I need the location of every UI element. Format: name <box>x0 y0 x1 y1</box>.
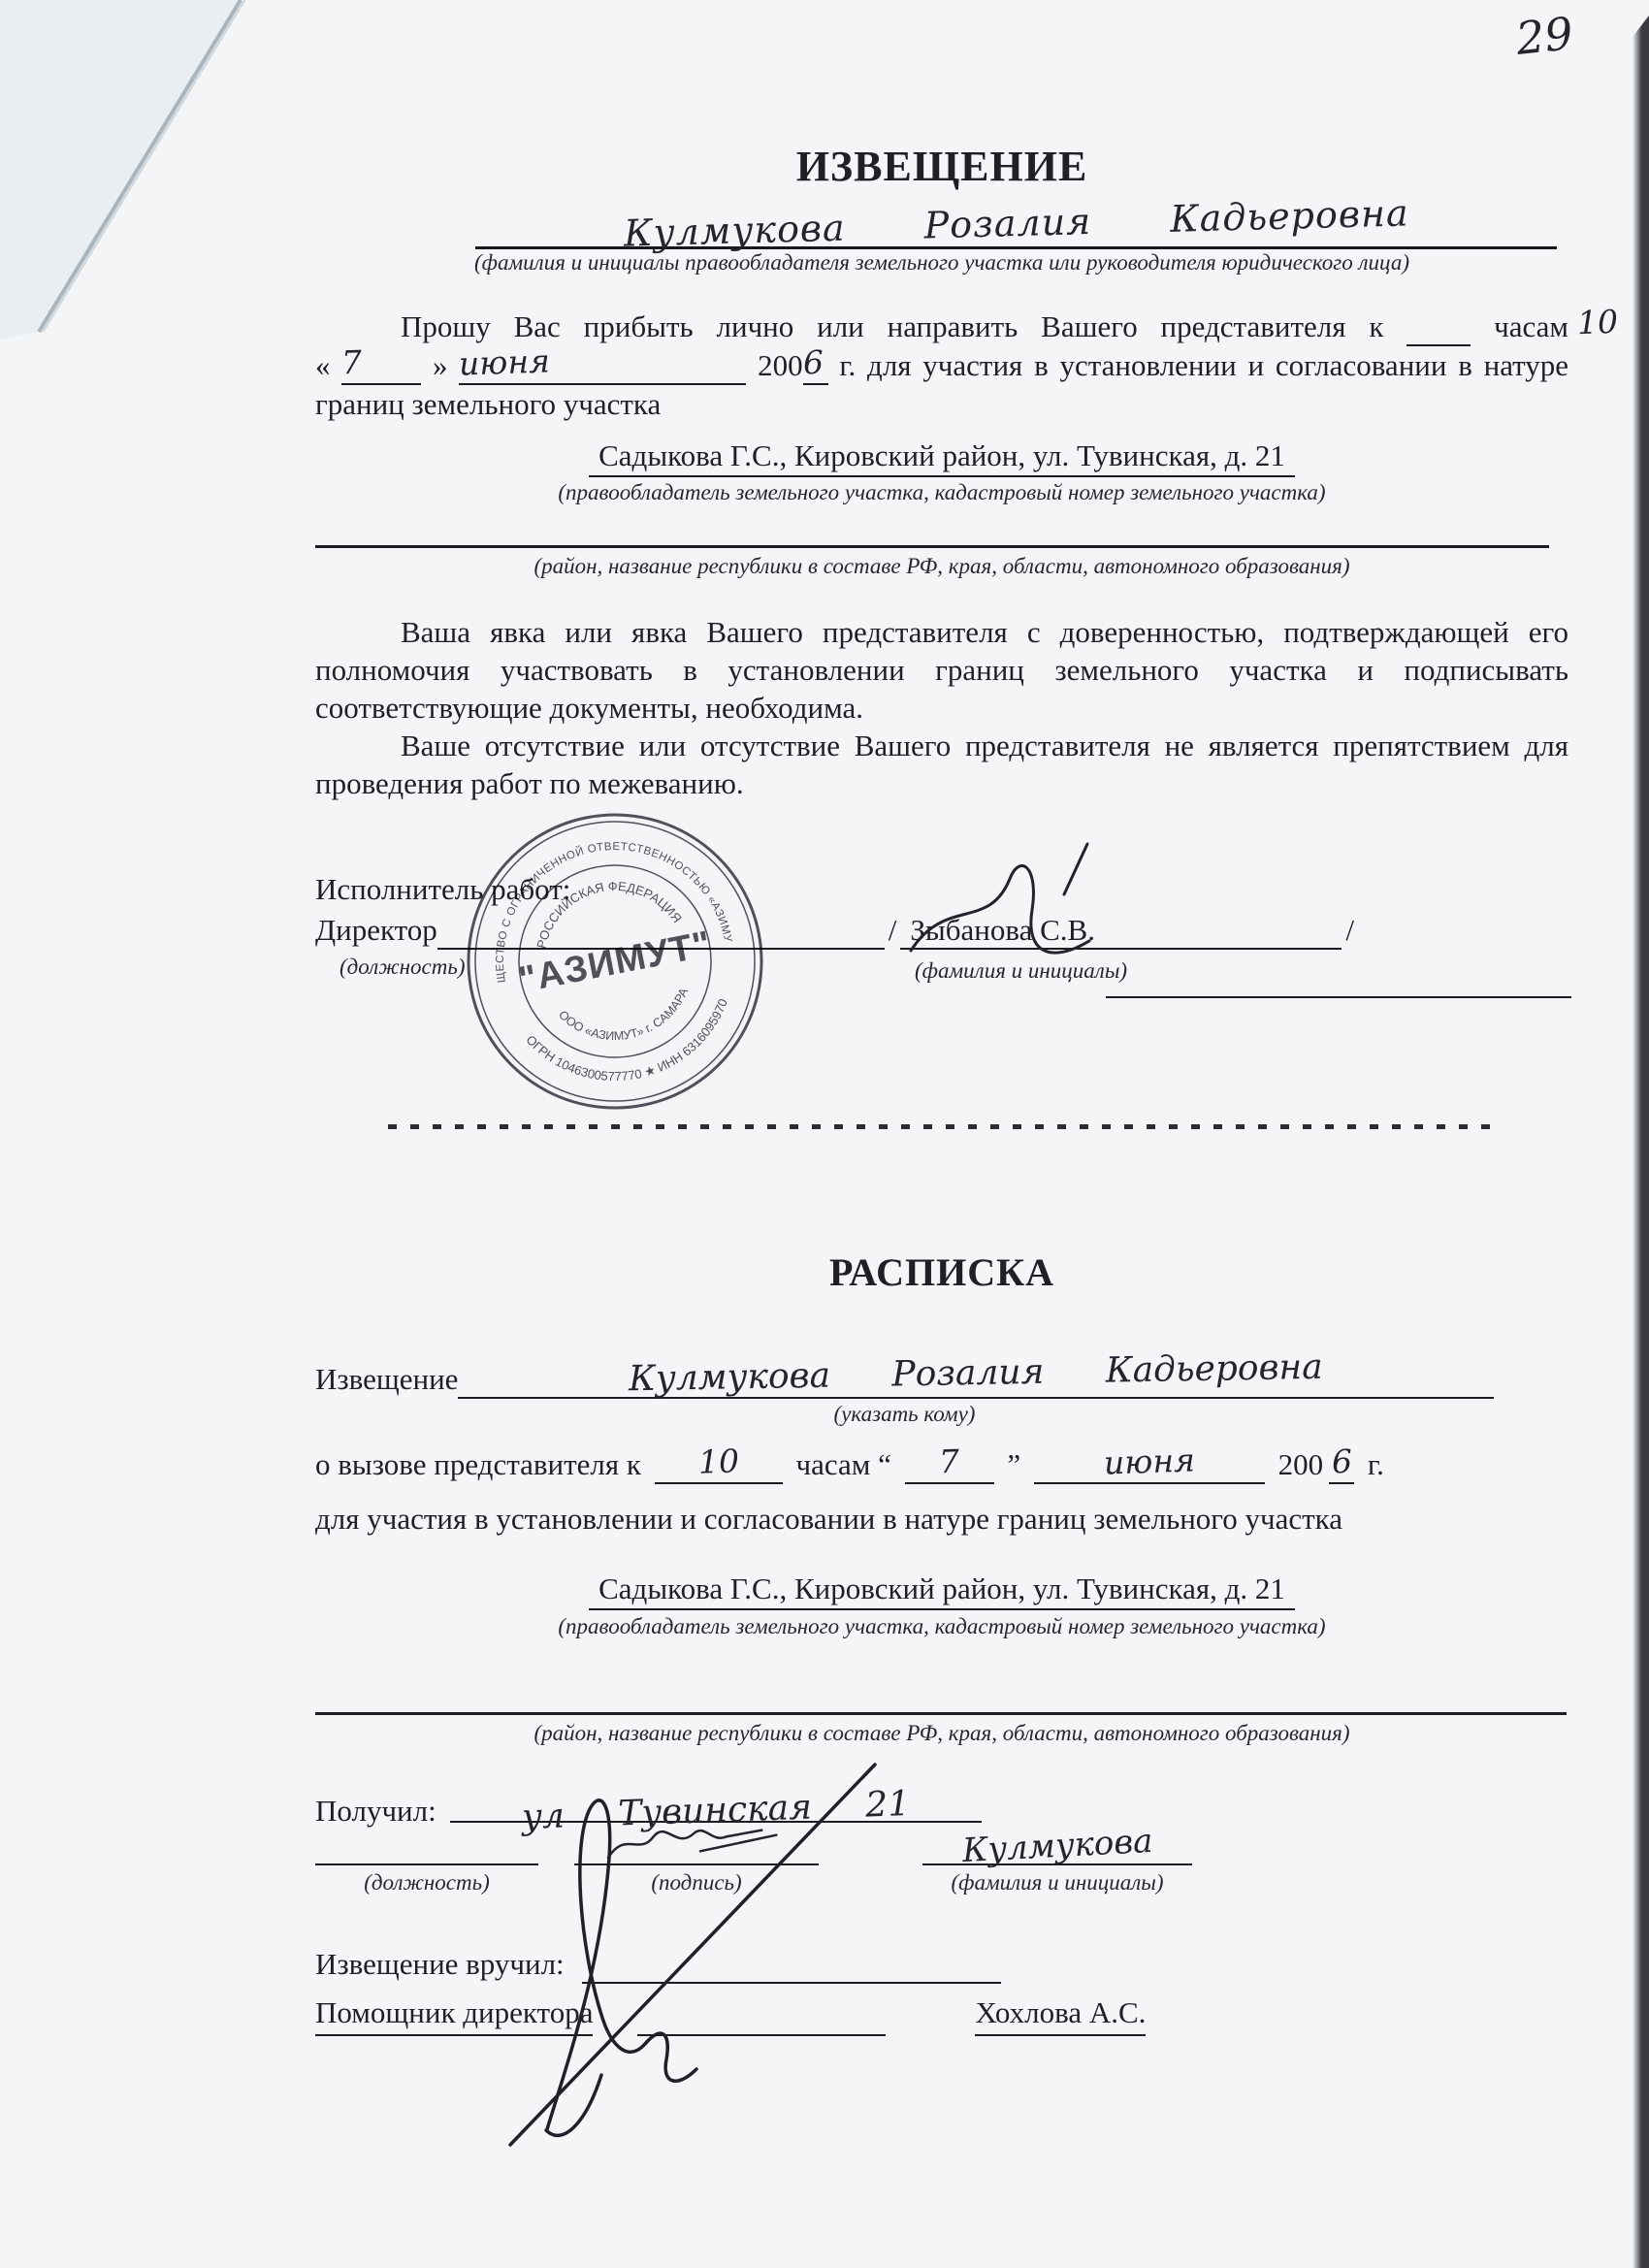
receipt-hours-blank: 10 <box>655 1447 783 1484</box>
receipt-hours-handwritten: 10 <box>697 1446 739 1476</box>
receipt-day-blank: 7 <box>905 1447 994 1484</box>
quote-open: « <box>315 348 331 382</box>
quote-close: » <box>433 348 448 382</box>
received-label: Получил: <box>315 1792 436 1831</box>
page-number: 29 <box>1514 7 1576 65</box>
recipient-name-caption: (фамилия и инициалы) <box>922 1869 1192 1896</box>
name-blank: Кулмукова <box>922 1834 1192 1865</box>
svg-text:ООО «АЗИМУТ» г. САМАРА: ООО «АЗИМУТ» г. САМАРА <box>555 984 698 1055</box>
hours-handwritten: 10 <box>1492 308 1619 341</box>
deliverer-name: Хохлова А.С. <box>975 1993 1146 2036</box>
scan-dark-edge <box>1633 16 1649 2268</box>
receipt-owner-line: Садыкова Г.С., Кировский район, ул. Туви… <box>315 1571 1568 1606</box>
hours-blank: 10 <box>1406 309 1471 346</box>
scanned-document-page: 29 ИЗВЕЩЕНИЕ Кулмукова Розалия Кадьеровн… <box>0 0 1649 2268</box>
deliverer-signature <box>454 1739 910 2156</box>
extra-blank-line <box>1106 996 1571 998</box>
receipt-quote-open: “ <box>878 1447 891 1481</box>
addressee-line: Кулмукова Розалия Кадьеровна <box>475 202 1557 249</box>
fold-shadow-area <box>0 0 241 340</box>
receipt-year-printed: 200 <box>1278 1447 1324 1481</box>
receipt-day-handwritten: 7 <box>939 1447 960 1477</box>
receipt-addressee-handwritten: Кулмукова Розалия Кадьеровна <box>629 1348 1323 1399</box>
director-signature <box>897 826 1120 991</box>
addressee-handwritten: Кулмукова Розалия Кадьеровна <box>623 191 1409 254</box>
receipt-title: РАСПИСКА <box>315 1251 1568 1294</box>
receipt-month-blank: июня <box>1034 1447 1265 1484</box>
day-blank: 7 <box>341 348 421 385</box>
stamp-ring-bottom-text: ОГРН 1046300577770 ★ ИНН 6316095970 <box>522 994 742 1101</box>
notice-label: Извещение <box>315 1360 458 1399</box>
year-digit-blank: 6 <box>803 348 828 385</box>
svg-text:ОГРН 1046300577770 ★ ИНН 63160: ОГРН 1046300577770 ★ ИНН 6316095970 <box>522 994 742 1101</box>
receipt-month-handwritten: июня <box>1103 1445 1195 1477</box>
slash-right: / <box>1342 911 1358 950</box>
receipt-addressee-caption: (указать кому) <box>315 1401 1494 1428</box>
month-handwritten: июня <box>459 346 551 378</box>
owner-text: Садыкова Г.С., Кировский район, ул. Туви… <box>589 438 1295 477</box>
azimut-round-stamp: ОБЩЕСТВО С ОГРАНИЧЕННОЙ ОТВЕТСТВЕННОСТЬЮ… <box>435 781 796 1143</box>
receipt-addressee-row: Извещение Кулмукова Розалия Кадьеровна <box>315 1354 1494 1399</box>
addressee-caption: (фамилия и инициалы правообладателя земе… <box>315 249 1568 276</box>
attendance-paragraph: Ваша явка или явка Вашего представителя … <box>315 613 1568 727</box>
receipt-year-digit-blank: 6 <box>1329 1447 1354 1484</box>
receipt-call-line2: для участия в установлении и согласовани… <box>315 1500 1568 1538</box>
receipt-quote-close: ” <box>1007 1447 1020 1481</box>
day-handwritten: 7 <box>341 348 363 378</box>
notice-date-line: « 7 » июня 2006 г. для участия в установ… <box>315 346 1568 385</box>
call-prefix: о вызове представителя к <box>315 1447 641 1481</box>
receipt-addressee-line: Кулмукова Розалия Кадьеровна <box>458 1354 1494 1399</box>
notice-intro-tail: границ земельного участка <box>315 385 1568 423</box>
position-value: Директор <box>315 911 437 950</box>
receipt-year-digit-handwritten: 6 <box>1331 1447 1352 1477</box>
receipt-owner-caption: (правообладатель земельного участка, кад… <box>315 1613 1568 1640</box>
receipt-call-line: о вызове представителя к 10 часам “ 7 ” … <box>315 1443 1568 1486</box>
intro-text: Прошу Вас прибыть лично или направить Ва… <box>401 309 1383 343</box>
year-digit-handwritten: 6 <box>802 348 824 378</box>
absence-paragraph: Ваше отсутствие или отсутствие Вашего пр… <box>315 727 1568 802</box>
region-blank-line <box>315 545 1549 548</box>
stamp-inner-bottom-text: ООО «АЗИМУТ» г. САМАРА <box>555 984 698 1055</box>
receipt-owner-text: Садыкова Г.С., Кировский район, ул. Туви… <box>589 1571 1295 1610</box>
position-caption: (должность) <box>339 954 466 981</box>
folded-corner <box>0 0 252 340</box>
owner-line: Садыкова Г.С., Кировский район, ул. Туви… <box>315 438 1568 473</box>
receipt-year-word: г. <box>1368 1447 1384 1481</box>
receipt-hours-word: часам <box>795 1447 870 1481</box>
year-printed: 200 <box>758 348 803 382</box>
notice-title: ИЗВЕЩЕНИЕ <box>315 146 1568 188</box>
owner-caption: (правообладатель земельного участка, кад… <box>315 479 1568 506</box>
name-column: Кулмукова (фамилия и инициалы) <box>922 1834 1192 1896</box>
region-caption: (район, название республики в составе РФ… <box>315 553 1568 580</box>
receipt-region-blank-line <box>315 1712 1567 1715</box>
month-blank: июня <box>459 348 746 385</box>
notice-intro-line1: Прошу Вас прибыть лично или направить Ва… <box>315 308 1568 346</box>
date-tail-text: г. для участия в установлении и согласов… <box>839 348 1568 382</box>
